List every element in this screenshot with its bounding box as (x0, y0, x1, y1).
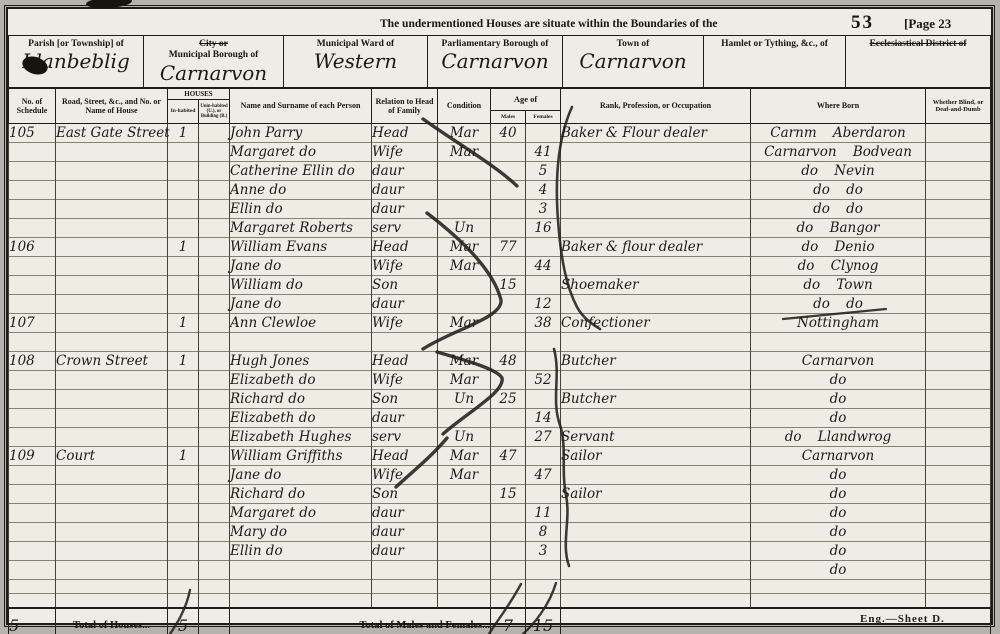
cell-relation: Head (372, 447, 438, 466)
cell-road (56, 542, 168, 561)
cell-occupation (561, 143, 751, 162)
cell-inhabited: 1 (168, 352, 199, 371)
parish-label: Parish [or Township] of (9, 36, 143, 50)
cell-relation: daur (372, 162, 438, 181)
cell-relation: Wife (372, 314, 438, 333)
cell-schedule (9, 580, 56, 594)
cell-schedule (9, 181, 56, 200)
cell-schedule (9, 561, 56, 580)
cell-relation: serv (372, 219, 438, 238)
cell-name (230, 580, 372, 594)
cell-uninhabited (199, 143, 230, 162)
cell-road (56, 257, 168, 276)
cell-male: 25 (491, 390, 526, 409)
cell-male (491, 504, 526, 523)
cell-schedule (9, 485, 56, 504)
table-row: 105East Gate Street1John ParryHeadMar40B… (9, 124, 991, 143)
cell-female: 11 (526, 504, 561, 523)
cell-occupation (561, 523, 751, 542)
cell-relation: Son (372, 485, 438, 504)
cell-occupation (561, 580, 751, 594)
table-row: Elizabeth doWifeMar52do (9, 371, 991, 390)
table-row: Elizabeth HughesservUn27Servantdo Llandw… (9, 428, 991, 447)
cell-born: do (751, 542, 926, 561)
cell-infirmity (926, 466, 991, 485)
cell-schedule (9, 523, 56, 542)
cell-female: 5 (526, 162, 561, 181)
totals-schedule-count: 5 (9, 608, 56, 634)
cell-name: Anne do (230, 181, 372, 200)
cell-condition (438, 542, 491, 561)
cell-male: 48 (491, 352, 526, 371)
cell-occupation (561, 162, 751, 181)
cell-schedule (9, 200, 56, 219)
cell-name: Ellin do (230, 542, 372, 561)
cell-uninhabited (199, 594, 230, 609)
cell-male (491, 409, 526, 428)
cell-relation: Son (372, 390, 438, 409)
cell-male: 47 (491, 447, 526, 466)
cell-occupation (561, 181, 751, 200)
cell-infirmity (926, 276, 991, 295)
cell-uninhabited (199, 390, 230, 409)
cell-female (526, 124, 561, 143)
cell-relation: Head (372, 352, 438, 371)
cell-relation: daur (372, 200, 438, 219)
cell-infirmity (926, 143, 991, 162)
cell-road (56, 594, 168, 609)
cell-condition: Un (438, 428, 491, 447)
cell-inhabited (168, 371, 199, 390)
cell-uninhabited (199, 276, 230, 295)
cell-schedule (9, 504, 56, 523)
cell-male (491, 594, 526, 609)
col-header-road: Road, Street, &c., and No. or Name of Ho… (56, 89, 168, 124)
cell-condition (438, 409, 491, 428)
cell-inhabited (168, 466, 199, 485)
census-form: The undermentioned Houses are situate wi… (6, 7, 993, 625)
cell-male: 15 (491, 485, 526, 504)
total-males-value: 7 (491, 608, 526, 634)
enumeration-rows: 105East Gate Street1John ParryHeadMar40B… (9, 124, 991, 609)
cell-schedule (9, 466, 56, 485)
table-row: Richard doSon15Sailordo (9, 485, 991, 504)
cell-infirmity (926, 390, 991, 409)
age-group-label: Age of (491, 89, 560, 111)
cell-condition (438, 523, 491, 542)
cell-relation: Son (372, 276, 438, 295)
folio-number: 53 (851, 12, 874, 34)
cell-condition (438, 485, 491, 504)
census-scan-page: The undermentioned Houses are situate wi… (0, 0, 1000, 634)
cell-condition: Mar (438, 143, 491, 162)
district-header-table: Parish [or Township] of Llanbeblig City … (8, 35, 991, 88)
cell-schedule (9, 409, 56, 428)
town-label: Town of (563, 36, 703, 50)
cell-name (230, 561, 372, 580)
cell-schedule (9, 390, 56, 409)
cell-schedule (9, 371, 56, 390)
cell-female: 16 (526, 219, 561, 238)
cell-relation: Wife (372, 143, 438, 162)
table-row: Richard doSonUn25Butcherdo (9, 390, 991, 409)
cell-infirmity (926, 181, 991, 200)
hamlet-label: Hamlet or Tything, &c., of (704, 36, 845, 50)
cell-uninhabited (199, 295, 230, 314)
cell-occupation: Servant (561, 428, 751, 447)
column-header-row: No. of Schedule Road, Street, &c., and N… (9, 89, 991, 124)
cell-male (491, 162, 526, 181)
cell-inhabited (168, 542, 199, 561)
cell-inhabited (168, 428, 199, 447)
cell-occupation (561, 542, 751, 561)
cell-occupation (561, 371, 751, 390)
cell-inhabited: 1 (168, 238, 199, 257)
cell-male (491, 371, 526, 390)
cell-uninhabited (199, 580, 230, 594)
cell-born: do Town (751, 276, 926, 295)
col-header-age-group: Age of Males Females (491, 89, 561, 124)
cell-infirmity (926, 257, 991, 276)
cell-born: Carnm Aberdaron (751, 124, 926, 143)
cell-condition (438, 181, 491, 200)
cell-relation (372, 594, 438, 609)
cell-female: 14 (526, 409, 561, 428)
cell-male (491, 257, 526, 276)
cell-road (56, 200, 168, 219)
parliamentary-borough-label: Parliamentary Borough of (428, 36, 562, 50)
cell-male (491, 580, 526, 594)
cell-born: do (751, 523, 926, 542)
cell-schedule (9, 428, 56, 447)
cell-relation: daur (372, 295, 438, 314)
cell-inhabited (168, 580, 199, 594)
cell-name: Margaret do (230, 143, 372, 162)
cell-born: do do (751, 200, 926, 219)
cell-male (491, 333, 526, 352)
cell-inhabited (168, 409, 199, 428)
cell-female: 52 (526, 371, 561, 390)
district-cell-ward: Municipal Ward of Western (284, 36, 428, 88)
cell-inhabited (168, 143, 199, 162)
cell-name: Elizabeth Hughes (230, 428, 372, 447)
page-number-label: [Page 23 (904, 16, 951, 32)
cell-name (230, 594, 372, 609)
col-header-inhabited: In-habited (168, 100, 198, 123)
cell-occupation (561, 594, 751, 609)
cell-uninhabited (199, 447, 230, 466)
cell-uninhabited (199, 561, 230, 580)
town-value: Carnarvon (563, 49, 703, 73)
cell-male (491, 200, 526, 219)
cell-born: do Bangor (751, 219, 926, 238)
cell-occupation (561, 466, 751, 485)
cell-road (56, 561, 168, 580)
cell-name: Richard do (230, 390, 372, 409)
cell-name: Margaret Roberts (230, 219, 372, 238)
cell-name: William Griffiths (230, 447, 372, 466)
cell-infirmity (926, 409, 991, 428)
cell-occupation (561, 200, 751, 219)
cell-condition: Un (438, 390, 491, 409)
cell-inhabited (168, 523, 199, 542)
cell-inhabited (168, 390, 199, 409)
district-cell-town: Town of Carnarvon (563, 36, 704, 88)
col-header-relation: Relation to Head of Family (372, 89, 438, 124)
form-caption: The undermentioned Houses are situate wi… (380, 18, 717, 30)
cell-relation: daur (372, 409, 438, 428)
cell-female: 3 (526, 542, 561, 561)
cell-name: John Parry (230, 124, 372, 143)
cell-relation: Head (372, 238, 438, 257)
cell-infirmity (926, 504, 991, 523)
cell-condition: Mar (438, 314, 491, 333)
cell-female (526, 580, 561, 594)
cell-female: 41 (526, 143, 561, 162)
cell-road (56, 409, 168, 428)
cell-infirmity (926, 314, 991, 333)
cell-infirmity (926, 447, 991, 466)
cell-female (526, 485, 561, 504)
district-cell-hamlet: Hamlet or Tything, &c., of (704, 36, 846, 88)
cell-inhabited (168, 504, 199, 523)
cell-schedule (9, 276, 56, 295)
cell-occupation: Butcher (561, 390, 751, 409)
cell-male (491, 181, 526, 200)
cell-relation: Wife (372, 371, 438, 390)
cell-schedule (9, 542, 56, 561)
cell-born: do (751, 466, 926, 485)
cell-inhabited (168, 162, 199, 181)
cell-schedule: 109 (9, 447, 56, 466)
cell-female (526, 594, 561, 609)
cell-born: do (751, 485, 926, 504)
cell-name: Elizabeth do (230, 409, 372, 428)
cell-female (526, 352, 561, 371)
cell-born: do Nevin (751, 162, 926, 181)
cell-occupation (561, 257, 751, 276)
cell-relation: Wife (372, 466, 438, 485)
cell-inhabited (168, 594, 199, 609)
cell-female: 44 (526, 257, 561, 276)
col-header-males: Males (491, 111, 525, 123)
cell-uninhabited (199, 162, 230, 181)
cell-uninhabited (199, 409, 230, 428)
cell-infirmity (926, 485, 991, 504)
cell-uninhabited (199, 523, 230, 542)
cell-female: 47 (526, 466, 561, 485)
cell-relation: daur (372, 542, 438, 561)
cell-inhabited (168, 181, 199, 200)
cell-name: Ann Clewloe (230, 314, 372, 333)
total-houses-label: Total of Houses... (56, 608, 168, 634)
cell-name: Jane do (230, 295, 372, 314)
cell-uninhabited (199, 314, 230, 333)
table-row: Margaret doWifeMar41Carnarvon Bodvean (9, 143, 991, 162)
cell-schedule (9, 594, 56, 609)
cell-relation: Wife (372, 257, 438, 276)
total-females-value: 15 (526, 608, 561, 634)
cell-road (56, 238, 168, 257)
cell-uninhabited (199, 428, 230, 447)
cell-schedule (9, 143, 56, 162)
cell-condition (438, 276, 491, 295)
cell-condition (438, 200, 491, 219)
cell-infirmity (926, 124, 991, 143)
cell-uninhabited (199, 333, 230, 352)
totals-empty-cell (199, 608, 230, 634)
borough-label: City or Municipal Borough of (144, 36, 283, 62)
cell-inhabited (168, 333, 199, 352)
cell-uninhabited (199, 371, 230, 390)
cell-uninhabited (199, 257, 230, 276)
cell-inhabited: 1 (168, 447, 199, 466)
cell-female: 38 (526, 314, 561, 333)
cell-condition: Mar (438, 466, 491, 485)
table-row: Anne dodaur4do do (9, 181, 991, 200)
ecclesiastical-label: Ecclesiastical District of (846, 36, 990, 50)
cell-occupation (561, 409, 751, 428)
table-row: Margaret dodaur11do (9, 504, 991, 523)
table-row: Jane doWifeMar47do (9, 466, 991, 485)
cell-condition (438, 295, 491, 314)
district-cell-borough: City or Municipal Borough of Carnarvon (144, 36, 284, 88)
houses-group-label: HOUSES (168, 89, 229, 100)
ward-label: Municipal Ward of (284, 36, 427, 50)
cell-road (56, 143, 168, 162)
cell-female: 12 (526, 295, 561, 314)
total-houses-value: 5 (168, 608, 199, 634)
cell-relation: serv (372, 428, 438, 447)
table-row: Ellin dodaur3do (9, 542, 991, 561)
cell-female (526, 238, 561, 257)
cell-road (56, 162, 168, 181)
cell-road (56, 466, 168, 485)
cell-name: Jane do (230, 466, 372, 485)
cell-female: 4 (526, 181, 561, 200)
cell-schedule: 107 (9, 314, 56, 333)
cell-male (491, 428, 526, 447)
cell-name: Catherine Ellin do (230, 162, 372, 181)
cell-female (526, 390, 561, 409)
col-header-condition: Condition (438, 89, 491, 124)
cell-road (56, 295, 168, 314)
cell-condition (438, 580, 491, 594)
cell-schedule (9, 257, 56, 276)
district-cell-ecclesiastical: Ecclesiastical District of (846, 36, 991, 88)
cell-male (491, 314, 526, 333)
cell-infirmity (926, 333, 991, 352)
col-header-females: Females (525, 111, 560, 123)
cell-condition (438, 162, 491, 181)
cell-female: 8 (526, 523, 561, 542)
cell-road (56, 314, 168, 333)
city-or-struck-label: City or (144, 39, 283, 50)
cell-condition (438, 561, 491, 580)
cell-born (751, 580, 926, 594)
col-header-name: Name and Surname of each Person (230, 89, 372, 124)
cell-born: do do (751, 181, 926, 200)
cell-road (56, 428, 168, 447)
cell-schedule (9, 162, 56, 181)
ward-value: Western (284, 49, 427, 73)
cell-male: 40 (491, 124, 526, 143)
cell-infirmity (926, 561, 991, 580)
col-header-schedule: No. of Schedule (9, 89, 56, 124)
col-header-houses-group: HOUSES In-habited Unin-habited (U.), or … (168, 89, 230, 124)
cell-uninhabited (199, 485, 230, 504)
cell-occupation: Baker & flour dealer (561, 238, 751, 257)
cell-condition: Mar (438, 124, 491, 143)
cell-name: Margaret do (230, 504, 372, 523)
cell-born: do (751, 561, 926, 580)
cell-born: Carnarvon Bodvean (751, 143, 926, 162)
cell-relation: daur (372, 181, 438, 200)
table-row: 1071Ann ClewloeWifeMar38ConfectionerNott… (9, 314, 991, 333)
cell-name: Jane do (230, 257, 372, 276)
cell-occupation: Sailor (561, 447, 751, 466)
cell-inhabited (168, 276, 199, 295)
table-row: do (9, 561, 991, 580)
cell-road (56, 580, 168, 594)
cell-relation: daur (372, 504, 438, 523)
cell-occupation: Butcher (561, 352, 751, 371)
cell-road (56, 333, 168, 352)
cell-relation (372, 333, 438, 352)
parliamentary-borough-value: Carnarvon (428, 49, 562, 73)
cell-infirmity (926, 428, 991, 447)
blank-row (9, 580, 991, 594)
cell-name (230, 333, 372, 352)
cell-schedule (9, 219, 56, 238)
cell-road (56, 390, 168, 409)
cell-male (491, 561, 526, 580)
cell-occupation (561, 504, 751, 523)
cell-inhabited (168, 200, 199, 219)
cell-name: William do (230, 276, 372, 295)
cell-male (491, 295, 526, 314)
caption-row: The undermentioned Houses are situate wi… (8, 9, 991, 35)
cell-relation: daur (372, 523, 438, 542)
cell-born: do (751, 409, 926, 428)
blank-row (9, 594, 991, 609)
cell-condition: Mar (438, 352, 491, 371)
cell-infirmity (926, 352, 991, 371)
cell-female (526, 276, 561, 295)
cell-infirmity (926, 238, 991, 257)
cell-inhabited: 1 (168, 314, 199, 333)
cell-condition (438, 504, 491, 523)
cell-condition (438, 594, 491, 609)
cell-uninhabited (199, 219, 230, 238)
district-cell-parliamentary-borough: Parliamentary Borough of Carnarvon (428, 36, 563, 88)
cell-infirmity (926, 200, 991, 219)
cell-occupation: Shoemaker (561, 276, 751, 295)
cell-name: Ellin do (230, 200, 372, 219)
cell-condition: Mar (438, 447, 491, 466)
cell-relation (372, 580, 438, 594)
cell-uninhabited (199, 466, 230, 485)
cell-born: do Denio (751, 238, 926, 257)
col-header-infirmity: Whether Blind, or Deaf-and-Dumb (926, 89, 991, 124)
totals-row: 5 Total of Houses... 5 Total of Males an… (9, 608, 991, 634)
cell-inhabited (168, 561, 199, 580)
cell-schedule (9, 295, 56, 314)
col-header-occupation: Rank, Profession, or Occupation (561, 89, 751, 124)
cell-name: Richard do (230, 485, 372, 504)
col-header-where-born: Where Born (751, 89, 926, 124)
cell-female (526, 333, 561, 352)
